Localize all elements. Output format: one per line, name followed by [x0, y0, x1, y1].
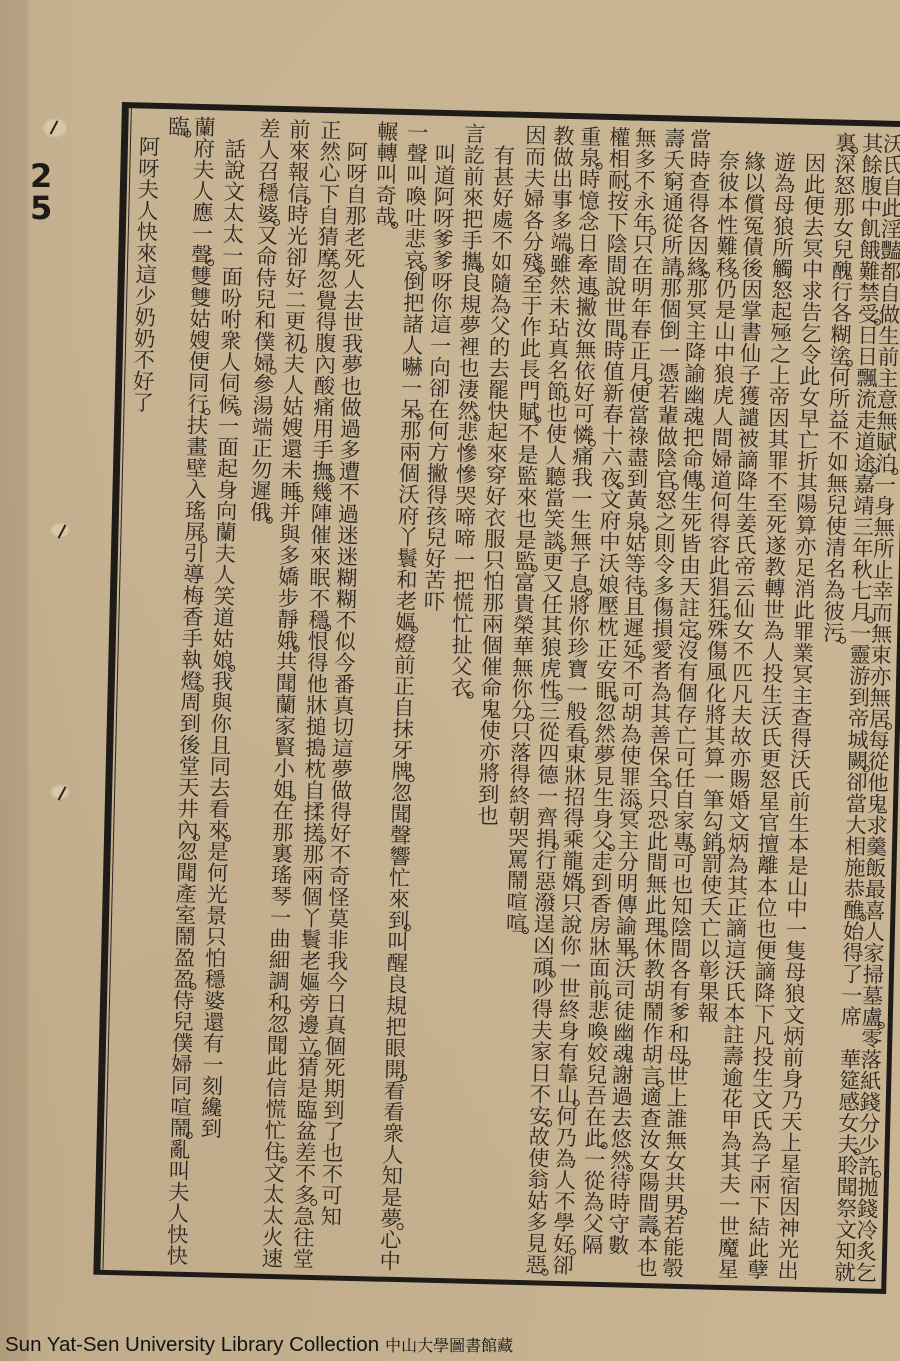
punctuation-circle: 。	[606, 1170, 630, 1171]
punctuation-circle: 。	[177, 691, 201, 692]
punctuation-circle: 。	[569, 445, 593, 446]
punctuation-circle: 。	[269, 799, 293, 800]
punctuation-circle: 。	[622, 531, 646, 532]
punctuation-circle: 。	[819, 642, 843, 643]
punctuation-circle: 。	[187, 265, 211, 266]
punctuation-circle: 。	[600, 339, 624, 340]
binding-hole-mark	[42, 118, 68, 138]
text-column: 差人召穩婆。又命侍兒和僕婦。參湯端正勿遲俄。	[246, 117, 280, 522]
punctuation-circle: 。	[453, 420, 477, 421]
punctuation-circle: 。	[834, 1154, 858, 1155]
punctuation-circle: 。	[173, 840, 197, 841]
punctuation-circle: 。	[669, 852, 693, 853]
punctuation-circle: 。	[704, 618, 728, 619]
binding-hole-mark	[50, 784, 70, 800]
punctuation-circle: 。	[584, 999, 608, 1000]
punctuation-circle: 。	[657, 276, 681, 277]
punctuation-circle: 。	[507, 720, 531, 721]
punctuation-circle: 。	[565, 594, 589, 595]
punctuation-circle: 。	[280, 352, 304, 353]
punctuation-circle: 。	[588, 850, 612, 851]
punctuation-circle: 。	[831, 153, 855, 154]
punctuation-circle: 。	[539, 550, 563, 551]
punctuation-circle: 。	[371, 227, 395, 228]
punctuation-circle: 。	[641, 936, 665, 937]
punctuation-circle: 。	[532, 848, 556, 849]
punctuation-circle: 。	[457, 271, 481, 272]
punctuation-circle: 。	[633, 1234, 657, 1235]
punctuation-circle: 。	[664, 1065, 688, 1066]
punctuation-circle: 。	[674, 639, 698, 640]
punctuation-circle: 。	[290, 1205, 314, 1206]
punctuation-circle: 。	[511, 571, 535, 572]
punctuation-circle: 。	[260, 1161, 284, 1162]
punctuation-circle: 。	[839, 920, 863, 921]
punctuation-circle: 。	[620, 595, 644, 596]
punctuation-circle: 。	[183, 414, 207, 415]
punctuation-circle: 。	[576, 168, 600, 169]
punctuation-circle: 。	[299, 843, 323, 844]
text-column: 阿呀夫人快來這少奶奶不好了	[128, 135, 159, 412]
punctuation-circle: 。	[660, 1214, 684, 1215]
punctuation-circle: 。	[553, 1105, 577, 1106]
punctuation-circle: 。	[518, 273, 542, 274]
punctuation-circle: 。	[308, 481, 332, 482]
punctuation-circle: 。	[597, 488, 621, 489]
punctuation-circle: 。	[678, 490, 702, 491]
punctuation-circle: 。	[514, 422, 538, 423]
punctuation-circle: 。	[294, 1056, 318, 1057]
punctuation-circle: 。	[698, 852, 722, 853]
punctuation-circle: 。	[619, 659, 643, 660]
punctuation-circle: 。	[384, 930, 408, 931]
punctuation-circle: 。	[391, 632, 415, 633]
collection-label-chinese: 中山大學圖書館藏	[385, 1336, 513, 1355]
punctuation-circle: 。	[249, 373, 273, 374]
frame-inner-rule	[102, 108, 131, 1270]
punctuation-circle: 。	[683, 277, 707, 278]
text-column: 臨。	[164, 115, 189, 137]
punctuation-circle: 。	[380, 1079, 404, 1080]
punctuation-circle: 。	[611, 957, 635, 958]
punctuation-circle: 。	[521, 1274, 545, 1275]
punctuation-circle: 。	[166, 1138, 190, 1139]
punctuation-circle: 。	[276, 501, 300, 502]
punctuation-circle: 。	[592, 701, 616, 702]
punctuation-circle: 。	[447, 697, 471, 698]
punctuation-circle: 。	[400, 270, 424, 271]
punctuation-circle: 。	[164, 136, 188, 137]
punctuation-circle: 。	[615, 808, 639, 809]
punctuation-circle: 。	[581, 1148, 605, 1149]
collection-label-english: Sun Yat-Sen University Library Collectio…	[5, 1333, 379, 1356]
punctuation-circle: 。	[253, 224, 277, 225]
punctuation-circle: 。	[502, 933, 526, 934]
punctuation-circle: 。	[549, 1254, 573, 1255]
punctuation-circle: 。	[850, 473, 874, 474]
collection-watermark: Sun Yat-Sen University Library Collectio…	[5, 1333, 513, 1357]
text-frame: 沃氏自此淫豔都自做生前主意無賦泊。一身無所止幸而無束亦無居。每從他鬼求羹飯最喜人…	[93, 102, 900, 1294]
punctuation-circle: 。	[387, 781, 411, 782]
binding-hole-mark	[50, 522, 70, 538]
punctuation-circle: 。	[644, 787, 668, 788]
handwritten-page-number: 25	[30, 160, 52, 224]
punctuation-circle: 。	[313, 268, 337, 269]
punctuation-circle: 。	[712, 277, 736, 278]
punctuation-circle: 。	[625, 382, 649, 383]
punctuation-circle: 。	[536, 699, 560, 700]
punctuation-circle: 。	[208, 670, 232, 671]
punctuation-circle: 。	[525, 1125, 549, 1126]
punctuation-circle: 。	[284, 203, 308, 204]
punctuation-circle: 。	[273, 650, 297, 651]
punctuation-circle: 。	[561, 743, 585, 744]
text-column: 輾轉叫奇哉。	[371, 120, 398, 227]
punctuation-circle: 。	[843, 771, 867, 772]
punctuation-circle: 。	[246, 522, 270, 523]
text-column: 一聲叫喚吐悲哀。倒把諸人嚇一呆。那兩個沃府丫鬟和老嫗。燈前正自抹牙牌。忽聞聲響忙…	[376, 121, 428, 1272]
punctuation-circle: 。	[529, 976, 553, 977]
punctuation-circle: 。	[204, 840, 228, 841]
punctuation-circle: 。	[304, 630, 328, 631]
punctuation-circle: 。	[543, 401, 567, 402]
punctuation-circle: 。	[264, 1012, 288, 1013]
punctuation-circle: 。	[546, 252, 570, 253]
punctuation-circle: 。	[847, 622, 871, 623]
punctuation-circle: 。	[572, 295, 596, 296]
punctuation-circle: 。	[652, 489, 676, 490]
punctuation-circle: 。	[604, 190, 628, 191]
punctuation-circle: 。	[629, 233, 653, 234]
punctuation-circle: 。	[377, 1228, 401, 1229]
punctuation-circle: 。	[637, 1085, 661, 1086]
punctuation-circle: 。	[169, 989, 193, 990]
punctuation-circle: 。	[180, 542, 204, 543]
punctuation-circle: 。	[396, 419, 420, 420]
punctuation-circle: 。	[826, 366, 850, 367]
punctuation-circle: 。	[558, 892, 582, 893]
punctuation-circle: 。	[854, 324, 878, 325]
punctuation-circle: 。	[214, 414, 238, 415]
